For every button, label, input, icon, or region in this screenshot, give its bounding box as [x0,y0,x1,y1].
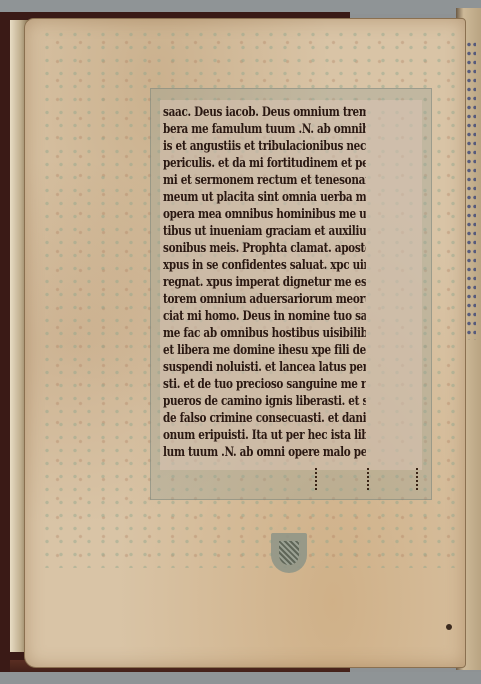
text-line: opera mea omnibus hominibus me uidentibu… [163,206,366,222]
text-line: lum tuum .N. ab omni opere malo peccati.… [163,444,366,460]
descender-flourish [367,468,371,490]
text-line: sonibus meis. Prophta clamat. apostolus … [163,240,366,256]
text-line: periculis. et da mi fortitudinem et pers… [163,155,366,171]
text-line: sti. et de tuo precioso sanguine me rede… [163,376,366,392]
text-line: de falso crimine consecuasti. et daniele… [163,410,366,426]
text-line: onum eripuisti. Ita ut per hec ista libe… [163,427,366,443]
descender-flourish [416,468,420,490]
text-line: meum ut placita sint omnia uerba mea mul… [163,189,366,205]
shield-charge [279,541,299,565]
text-line: ciat mi homo. Deus in nomine tuo saluum [163,308,366,324]
text-line: xpus in se confidentes saluat. xpc uinca… [163,257,366,273]
facing-page-decoration [466,40,476,340]
text-line: bera me famulum tuum .N. ab omnibus pecc… [163,121,366,137]
text-line: saac. Deus iacob. Deus omnium tremiuenci… [163,104,366,120]
text-line: me fac ab omnibus hostibus uisibilibus e… [163,325,366,341]
text-line: regnat. xpus imperat dignetur me esse tr… [163,274,366,290]
photo-background-bottom [0,672,481,684]
text-line: tibus ut inueniam graciam et auxilium in… [163,223,366,239]
descender-flourish [315,468,319,490]
text-line: mi et sermonem rectum et tenesonante in … [163,172,366,188]
text-line: et libera me domine ihesu xpe fili dei u… [163,342,366,358]
text-line: is et angustiis et tribulacionibus neces… [163,138,366,154]
text-line: torem omnium aduersariorum meorum. ut no… [163,291,366,307]
text-line: pueros de camino ignis liberasti. et sus… [163,393,366,409]
text-line: suspendi noluisti. et lancea latus perfo… [163,359,366,375]
ink-spot [446,624,452,630]
